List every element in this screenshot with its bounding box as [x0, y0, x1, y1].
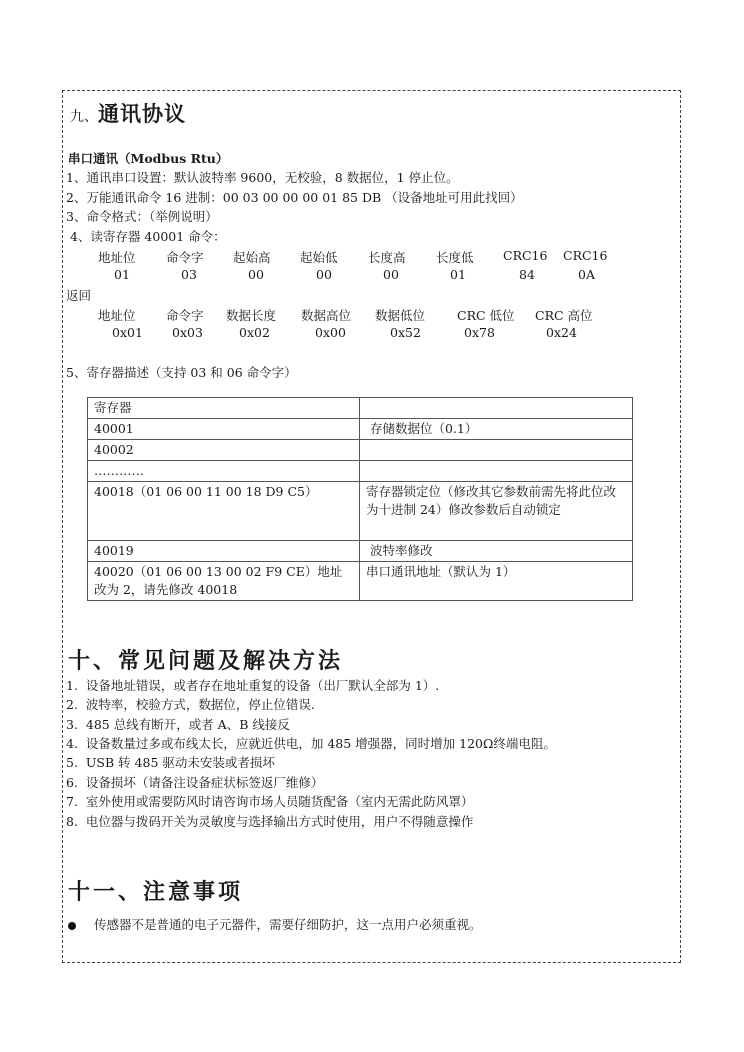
- register-desc-cell: 串口通讯地址（默认为 1）: [360, 562, 633, 601]
- faq-item: 1. 设备地址错误，或者存在地址重复的设备（出厂默认全部为 1）.: [66, 677, 439, 695]
- register-cell: 40020（01 06 00 13 00 02 F9 CE）地址改为 2，请先修…: [88, 562, 360, 601]
- register-cell: 40018（01 06 00 11 00 18 D9 C5）: [88, 482, 360, 541]
- return-header: CRC 高位: [535, 306, 593, 324]
- faq-item: 4. 设备数量过多或布线太长，应就近供电，加 485 增强器，同时增加 120Ω…: [66, 735, 556, 753]
- read-cmd-header: CRC16: [503, 248, 547, 263]
- bullet-icon: [68, 922, 76, 930]
- return-value: 0x78: [464, 325, 495, 340]
- return-value: 0x00: [315, 325, 346, 340]
- return-value: 0x03: [172, 325, 203, 340]
- return-value: 0x01: [112, 325, 143, 340]
- read-cmd-header: 长度高: [368, 248, 406, 266]
- section-10-title: 十、常见问题及解决方法: [68, 644, 343, 675]
- table-row: 40020（01 06 00 13 00 02 F9 CE）地址改为 2，请先修…: [88, 562, 633, 601]
- read-cmd-value: 01: [450, 267, 466, 282]
- read-cmd-value: 00: [248, 267, 264, 282]
- register-desc-cell: 存储数据位（0.1）: [360, 419, 633, 440]
- faq-item: 7. 室外使用或需要防风时请咨询市场人员随货配备（室内无需此防风罩）: [66, 793, 473, 811]
- notice-text: 传感器不是普通的电子元器件，需要仔细防护，这一点用户必须重视。: [94, 917, 482, 932]
- register-desc-cell: 波特率修改: [360, 541, 633, 562]
- return-header: 地址位: [98, 306, 136, 324]
- protocol-line-1: 1、通讯串口设置：默认波特率 9600，无校验，8 数据位，1 停止位。: [66, 169, 459, 187]
- return-header: 数据高位: [301, 306, 351, 324]
- return-header: 数据低位: [375, 306, 425, 324]
- return-value: 0x02: [239, 325, 270, 340]
- section-9-title: 通讯协议: [98, 101, 186, 126]
- register-desc-cell: [360, 398, 633, 419]
- read-cmd-value: 01: [114, 267, 130, 282]
- register-desc-cell: [360, 440, 633, 461]
- serial-subtitle: 串口通讯（Modbus Rtu）: [68, 150, 228, 168]
- read-cmd-header: 起始低: [300, 248, 338, 266]
- register-desc-cell: 寄存器锁定位（修改其它参数前需先将此位改为十进制 24）修改参数后自动锁定: [360, 482, 633, 541]
- faq-item: 8. 电位器与拨码开关为灵敏度与选择输出方式时使用，用户不得随意操作: [66, 813, 473, 831]
- register-cell: 寄存器: [88, 398, 360, 419]
- read-cmd-header: 命令字: [166, 248, 204, 266]
- return-value: 0x24: [546, 325, 577, 340]
- return-header: CRC 低位: [457, 306, 515, 324]
- table-row: 40019 波特率修改: [88, 541, 633, 562]
- read-cmd-value: 03: [181, 267, 197, 282]
- protocol-line-4: 4、读寄存器 40001 命令：: [70, 228, 226, 246]
- register-table: 寄存器 40001 存储数据位（0.1） 40002 ………… 40018（01…: [87, 397, 633, 601]
- register-desc-cell: [360, 461, 633, 482]
- read-cmd-header: CRC16: [563, 248, 607, 263]
- section-9-number: 九、: [70, 109, 98, 125]
- return-label: 返回: [66, 287, 91, 305]
- protocol-line-2: 2、万能通讯命令 16 进制：00 03 00 00 00 01 85 DB （…: [66, 189, 523, 207]
- register-desc-title: 5、寄存器描述（支持 03 和 06 命令字）: [66, 364, 297, 382]
- register-cell: 40002: [88, 440, 360, 461]
- faq-item: 2. 波特率，校验方式，数据位，停止位错误.: [66, 696, 315, 714]
- read-cmd-value: 00: [316, 267, 332, 282]
- read-cmd-value: 00: [383, 267, 399, 282]
- protocol-line-3: 3、命令格式：（举例说明）: [66, 208, 218, 226]
- table-row: 40018（01 06 00 11 00 18 D9 C5） 寄存器锁定位（修改…: [88, 482, 633, 541]
- table-row: …………: [88, 461, 633, 482]
- faq-item: 3. 485 总线有断开，或者 A、B 线接反: [66, 716, 290, 734]
- register-cell: …………: [88, 461, 360, 482]
- faq-item: 6. 设备损坏（请备注设备症状标签返厂维修）: [66, 774, 323, 792]
- return-value: 0x52: [390, 325, 421, 340]
- section-9-heading: 九、通讯协议: [70, 98, 186, 128]
- read-cmd-value: 84: [519, 267, 535, 282]
- read-cmd-header: 长度低: [436, 248, 474, 266]
- table-row: 寄存器: [88, 398, 633, 419]
- read-cmd-header: 地址位: [98, 248, 136, 266]
- read-cmd-value: 0A: [578, 267, 595, 282]
- return-header: 命令字: [166, 306, 204, 324]
- return-header: 数据长度: [226, 306, 276, 324]
- notice-item: 传感器不是普通的电子元器件，需要仔细防护，这一点用户必须重视。: [68, 916, 482, 934]
- table-row: 40001 存储数据位（0.1）: [88, 419, 633, 440]
- section-11-title: 十一、注意事项: [68, 875, 243, 906]
- table-row: 40002: [88, 440, 633, 461]
- register-cell: 40019: [88, 541, 360, 562]
- faq-item: 5. USB 转 485 驱动未安装或者损坏: [66, 754, 275, 772]
- register-cell: 40001: [88, 419, 360, 440]
- read-cmd-header: 起始高: [233, 248, 271, 266]
